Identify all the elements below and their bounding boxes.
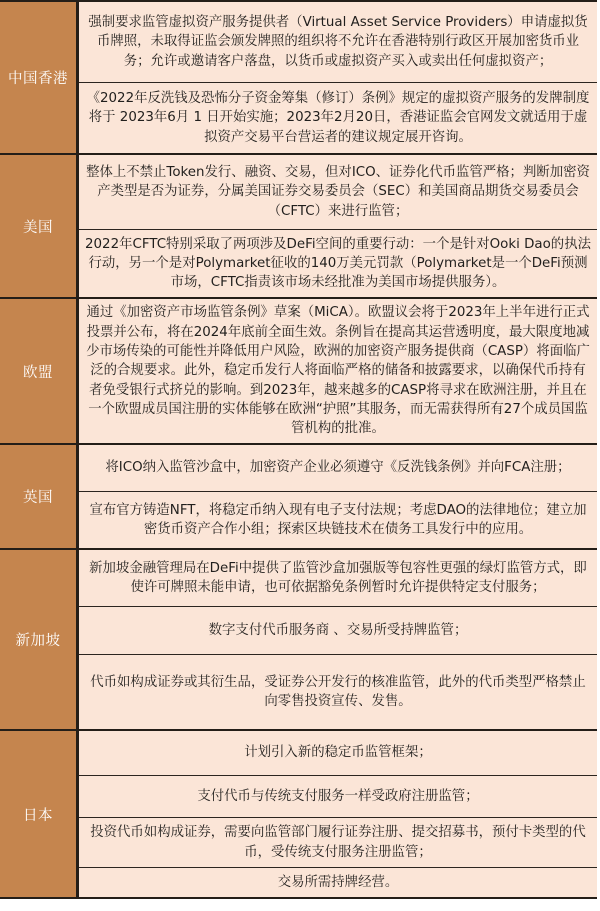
table-row: 新加坡金融管理局在DeFi中提供了监管沙盒加强版等包容性更强的绿灯监管方式，即使…: [79, 550, 597, 606]
content-rows: 通过《加密资产市场监管条例》草案（MiCA）。欧盟议会将于2023年上半年进行正…: [79, 299, 597, 443]
table-row: 将ICO纳入监管沙盒中，加密资产企业必须遵守《反洗钱条例》并向FCA注册；: [79, 445, 597, 491]
row-text: 支付代币与传统支付服务一样受政府注册监管；: [197, 787, 478, 806]
content-rows: 强制要求监管虚拟资产服务提供者（Virtual Asset Service Pr…: [79, 2, 597, 153]
region-label: 中国香港: [8, 67, 68, 88]
table-row: 代币如构成证券或其衍生品，受证券公开发行的核准监管，此外的代币类型严格禁止向零售…: [79, 654, 597, 729]
table-row: 强制要求监管虚拟资产服务提供者（Virtual Asset Service Pr…: [79, 2, 597, 82]
row-text: 宣布官方铸造NFT，将稳定币纳入现有电子支付法规；考虑DAO的法律地位；建立加密…: [84, 501, 592, 540]
section-uk: 英国 将ICO纳入监管沙盒中，加密资产企业必须遵守《反洗钱条例》并向FCA注册；…: [0, 443, 597, 548]
row-text: 新加坡金融管理局在DeFi中提供了监管沙盒加强版等包容性更强的绿灯监管方式，即使…: [84, 559, 592, 598]
row-text: 代币如构成证券或其衍生品，受证券公开发行的核准监管，此外的代币类型严格禁止向零售…: [84, 673, 592, 712]
table-row: 宣布官方铸造NFT，将稳定币纳入现有电子支付法规；考虑DAO的法律地位；建立加密…: [79, 491, 597, 548]
region-label: 英国: [23, 486, 53, 507]
region-cell-usa: 美国: [0, 155, 79, 297]
region-cell-hongkong: 中国香港: [0, 2, 79, 153]
content-rows: 计划引入新的稳定币监管框架； 支付代币与传统支付服务一样受政府注册监管； 投资代…: [79, 731, 597, 897]
table-row: 数字支付代币服务商 、交易所受持牌监管；: [79, 606, 597, 654]
row-text: 强制要求监管虚拟资产服务提供者（Virtual Asset Service Pr…: [84, 13, 592, 71]
section-japan: 日本 计划引入新的稳定币监管框架； 支付代币与传统支付服务一样受政府注册监管； …: [0, 729, 597, 897]
region-cell-eu: 欧盟: [0, 299, 79, 443]
row-text: 将ICO纳入监管沙盒中，加密资产企业必须遵守《反洗钱条例》并向FCA注册；: [105, 458, 570, 477]
region-label: 日本: [23, 804, 53, 825]
table-row: 《2022年反洗钱及恐怖分子资金筹集（修订）条例》规定的虚拟资产服务的发牌制度将…: [79, 82, 597, 153]
row-text: 《2022年反洗钱及恐怖分子资金筹集（修订）条例》规定的虚拟资产服务的发牌制度将…: [84, 89, 592, 147]
table-row: 2022年CFTC特别采取了两项涉及DeFi空间的重要行动：一个是针对Ooki …: [79, 229, 597, 297]
row-text: 计划引入新的稳定币监管框架；: [244, 743, 431, 762]
region-cell-uk: 英国: [0, 445, 79, 548]
content-rows: 将ICO纳入监管沙盒中，加密资产企业必须遵守《反洗钱条例》并向FCA注册； 宣布…: [79, 445, 597, 548]
row-text: 整体上不禁止Token发行、融资、交易，但对ICO、证券化代币监管严格；判断加密…: [84, 163, 592, 221]
row-text: 数字支付代币服务商 、交易所受持牌监管；: [209, 621, 468, 640]
content-rows: 整体上不禁止Token发行、融资、交易，但对ICO、证券化代币监管严格；判断加密…: [79, 155, 597, 297]
content-rows: 新加坡金融管理局在DeFi中提供了监管沙盒加强版等包容性更强的绿灯监管方式，即使…: [79, 550, 597, 729]
row-text: 交易所需持牌经营。: [278, 873, 399, 892]
section-singapore: 新加坡 新加坡金融管理局在DeFi中提供了监管沙盒加强版等包容性更强的绿灯监管方…: [0, 548, 597, 729]
table-row: 支付代币与传统支付服务一样受政府注册监管；: [79, 775, 597, 817]
section-usa: 美国 整体上不禁止Token发行、融资、交易，但对ICO、证券化代币监管严格；判…: [0, 153, 597, 297]
crypto-regulation-table: 中国香港 强制要求监管虚拟资产服务提供者（Virtual Asset Servi…: [0, 0, 597, 899]
table-row: 投资代币如构成证券，需要向监管部门履行证券注册、提交招募书，预付卡类型的代币，受…: [79, 817, 597, 867]
table-row: 计划引入新的稳定币监管框架；: [79, 731, 597, 775]
region-label: 欧盟: [23, 361, 53, 382]
region-label: 新加坡: [16, 629, 61, 650]
region-cell-singapore: 新加坡: [0, 550, 79, 729]
row-text: 投资代币如构成证券，需要向监管部门履行证券注册、提交招募书，预付卡类型的代币，受…: [84, 823, 592, 862]
section-eu: 欧盟 通过《加密资产市场监管条例》草案（MiCA）。欧盟议会将于2023年上半年…: [0, 297, 597, 443]
table-row: 整体上不禁止Token发行、融资、交易，但对ICO、证券化代币监管严格；判断加密…: [79, 155, 597, 229]
region-label: 美国: [23, 216, 53, 237]
section-hongkong: 中国香港 强制要求监管虚拟资产服务提供者（Virtual Asset Servi…: [0, 2, 597, 153]
table-row: 交易所需持牌经营。: [79, 867, 597, 897]
table-row: 通过《加密资产市场监管条例》草案（MiCA）。欧盟议会将于2023年上半年进行正…: [79, 299, 597, 443]
row-text: 通过《加密资产市场监管条例》草案（MiCA）。欧盟议会将于2023年上半年进行正…: [84, 303, 592, 438]
row-text: 2022年CFTC特别采取了两项涉及DeFi空间的重要行动：一个是针对Ooki …: [84, 235, 592, 293]
region-cell-japan: 日本: [0, 731, 79, 897]
